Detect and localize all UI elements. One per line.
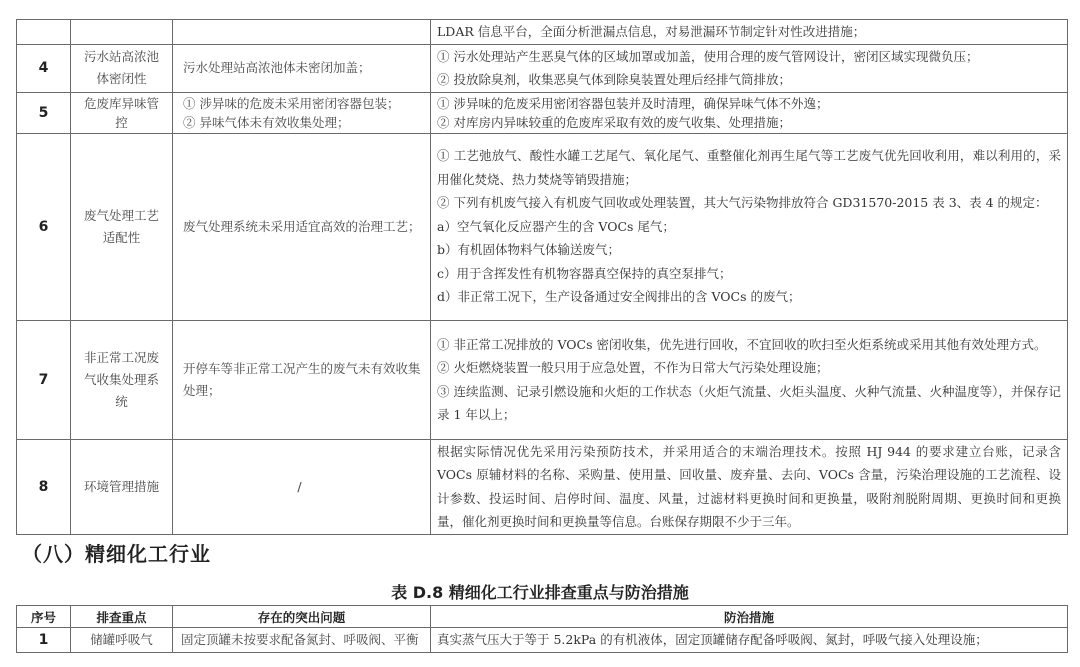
header-measures: 防治措施: [431, 606, 1068, 628]
problem-line: ② 异味气体未有效收集处理；: [183, 113, 426, 132]
measure-line: b）有机固体物料气体输送废气；: [437, 238, 1061, 262]
problem: ① 涉异味的危废未采用密闭容器包装； ② 异味气体未有效收集处理；: [173, 92, 431, 133]
measure-line: ① 非正常工况排放的 VOCs 密闭收集，优先进行回收，不宜回收的吹扫至火炬系统…: [437, 333, 1061, 357]
measure-line: ① 工艺弛放气、酸性水罐工艺尾气、氧化尾气、重整催化剂再生尾气等工艺废气优先回收…: [437, 144, 1061, 191]
problem: 固定顶罐未按要求配备氮封、呼吸阀、平衡: [173, 628, 431, 653]
table-row: 7 非正常工况废气收集处理系统 开停车等非正常工况产生的废气未有效收集处理； ①…: [17, 320, 1068, 439]
measures: 根据实际情况优先采用污染预防技术，并采用适合的末端治理技术。按照 HJ 944 …: [431, 439, 1068, 534]
measure-line: 根据实际情况优先采用污染预防技术，并采用适合的末端治理技术。按照 HJ 944 …: [437, 440, 1061, 534]
measure-line: ② 火炬燃烧装置一般只用于应急处置，不作为日常大气污染处理设施；: [437, 356, 1061, 380]
header-focus: 排查重点: [71, 606, 173, 628]
inspection-focus: 环境管理措施: [71, 439, 173, 534]
table-row: 4 污水站高浓池体密闭性 污水处理站高浓池体未密闭加盖； ① 污水处理站产生恶臭…: [17, 44, 1068, 92]
inspection-focus: 污水站高浓池体密闭性: [71, 44, 173, 92]
row-number: 4: [17, 44, 71, 92]
problem: 废气处理系统未采用适宜高效的治理工艺；: [173, 133, 431, 320]
row-number: 1: [17, 628, 71, 653]
problem: 污水处理站高浓池体未密闭加盖；: [173, 44, 431, 92]
row-number: [17, 20, 71, 45]
table-d7-continued: LDAR 信息平台，全面分析泄漏点信息，对易泄漏环节制定针对性改进措施； 4 污…: [16, 19, 1068, 535]
measures: ① 工艺弛放气、酸性水罐工艺尾气、氧化尾气、重整催化剂再生尾气等工艺废气优先回收…: [431, 133, 1068, 320]
measures: ① 涉异味的危废采用密闭容器包装并及时清理，确保异味气体不外逸； ② 对库房内异…: [431, 92, 1068, 133]
measure-line: ③ 连续监测、记录引燃设施和火炬的工作状态（火炬气流量、火炬头温度、火种气流量、…: [437, 380, 1061, 427]
header-problem: 存在的突出问题: [173, 606, 431, 628]
problem: /: [173, 439, 431, 534]
measure-line: ① 污水处理站产生恶臭气体的区域加罩或加盖，使用合理的废气管网设计，密闭区域实现…: [437, 45, 1061, 69]
table-row: 1 储罐呼吸气 固定顶罐未按要求配备氮封、呼吸阀、平衡 真实蒸气压大于等于 5.…: [17, 628, 1068, 653]
inspection-focus: 非正常工况废气收集处理系统: [71, 320, 173, 439]
measure-line: ① 涉异味的危废采用密闭容器包装并及时清理，确保异味气体不外逸；: [437, 94, 1061, 113]
measures: ① 污水处理站产生恶臭气体的区域加罩或加盖，使用合理的废气管网设计，密闭区域实现…: [431, 44, 1068, 92]
table-caption: 表 D.8 精细化工行业排查重点与防治措施: [0, 580, 1080, 603]
table-d8: 序号 排查重点 存在的突出问题 防治措施 1 储罐呼吸气 固定顶罐未按要求配备氮…: [16, 605, 1068, 653]
table-row: 5 危废库异味管控 ① 涉异味的危废未采用密闭容器包装； ② 异味气体未有效收集…: [17, 92, 1068, 133]
header-no: 序号: [17, 606, 71, 628]
inspection-focus: [71, 20, 173, 45]
table-row: 6 废气处理工艺适配性 废气处理系统未采用适宜高效的治理工艺； ① 工艺弛放气、…: [17, 133, 1068, 320]
problem-line: ① 涉异味的危废未采用密闭容器包装；: [183, 94, 426, 113]
measures: 真实蒸气压大于等于 5.2kPa 的有机液体，固定顶罐储存配备呼吸阀、氮封，呼吸…: [431, 628, 1068, 653]
measure-line: ② 对库房内异味较重的危废库采取有效的废气收集、处理措施；: [437, 113, 1061, 132]
inspection-focus: 废气处理工艺适配性: [71, 133, 173, 320]
row-number: 5: [17, 92, 71, 133]
measure-line: ② 下列有机废气接入有机废气回收或处理装置，其大气污染物排放符合 GD31570…: [437, 191, 1061, 215]
measure-line: c）用于含挥发性有机物容器真空保持的真空泵排气；: [437, 262, 1061, 286]
problem: 开停车等非正常工况产生的废气未有效收集处理；: [173, 320, 431, 439]
problem: [173, 20, 431, 45]
measures: ① 非正常工况排放的 VOCs 密闭收集，优先进行回收，不宜回收的吹扫至火炬系统…: [431, 320, 1068, 439]
measure-line: a）空气氧化反应器产生的含 VOCs 尾气；: [437, 215, 1061, 239]
table-row: LDAR 信息平台，全面分析泄漏点信息，对易泄漏环节制定针对性改进措施；: [17, 20, 1068, 45]
table-row: 8 环境管理措施 / 根据实际情况优先采用污染预防技术，并采用适合的末端治理技术…: [17, 439, 1068, 534]
measure-line: ② 投放除臭剂，收集恶臭气体到除臭装置处理后经排气筒排放；: [437, 68, 1061, 92]
inspection-focus: 危废库异味管控: [71, 92, 173, 133]
measures: LDAR 信息平台，全面分析泄漏点信息，对易泄漏环节制定针对性改进措施；: [431, 20, 1068, 45]
inspection-focus: 储罐呼吸气: [71, 628, 173, 653]
row-number: 6: [17, 133, 71, 320]
row-number: 7: [17, 320, 71, 439]
table-header-row: 序号 排查重点 存在的突出问题 防治措施: [17, 606, 1068, 628]
row-number: 8: [17, 439, 71, 534]
measure-line: d）非正常工况下，生产设备通过安全阀排出的含 VOCs 的废气；: [437, 285, 1061, 309]
measure-line: LDAR 信息平台，全面分析泄漏点信息，对易泄漏环节制定针对性改进措施；: [437, 20, 1061, 44]
section-heading: （八）精细化工行业: [22, 538, 211, 567]
